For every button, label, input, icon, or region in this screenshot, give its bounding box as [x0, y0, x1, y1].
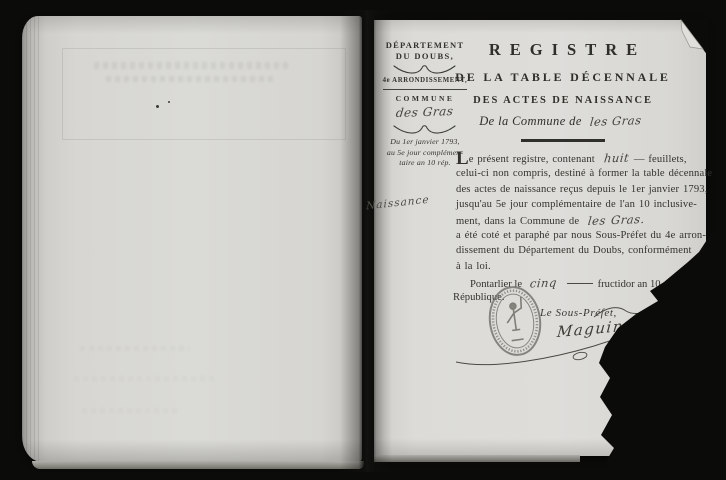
body-line-2: celui-ci non compris, destiné à former l…: [456, 166, 712, 181]
body-line-5: ment, dans la Commune de: [456, 216, 579, 227]
title-actes-naissance: DES ACTES DE NAISSANCE: [432, 95, 694, 106]
right-page-title: DÉPARTEMENT DU DOUBS, 4e ARRONDISSEMENT,…: [374, 20, 706, 456]
body-handwritten-huit: huit: [603, 151, 630, 167]
ink-speck: [156, 105, 159, 108]
body-line-6: a été coté et paraphé par nous Sous-Préf…: [456, 228, 712, 243]
showthrough-text: [82, 408, 178, 413]
showthrough-text: [106, 76, 274, 82]
body-line-1: e présent registre, contenant: [469, 154, 595, 165]
showthrough-text: [94, 62, 290, 69]
title-block: REGISTRE DE LA TABLE DÉCENNALE DES ACTES…: [432, 40, 694, 142]
archive-book-scan: DÉPARTEMENT DU DOUBS, 4e ARRONDISSEMENT,…: [0, 0, 726, 480]
ink-filler-stroke: [567, 283, 593, 284]
book-block-edge: [22, 16, 40, 462]
closing-month-year: fructidor an 10 de la: [598, 279, 684, 290]
body-paragraph: Le présent registre, contenant huit— feu…: [456, 151, 712, 274]
title-commune-printed: De la Commune de: [479, 114, 582, 128]
showthrough-text: [80, 346, 190, 351]
body-line-7: dissement du Département du Doubs, confo…: [456, 243, 712, 258]
title-rule: [521, 139, 605, 142]
body-line-1-suffix: — feuillets,: [634, 154, 687, 165]
body-handwritten-commune: les Gras.: [587, 212, 646, 229]
body-line-3: des actes de naissance reçus depuis le 1…: [456, 182, 712, 197]
title-registre: REGISTRE: [432, 40, 694, 60]
ink-speck: [168, 101, 170, 103]
dog-ear-fold: [666, 18, 708, 70]
signature-flourish-stroke: [454, 336, 634, 370]
showthrough-text: [74, 376, 214, 381]
title-table-decennale: DE LA TABLE DÉCENNALE: [432, 70, 694, 85]
left-page-blank: [22, 16, 362, 462]
body-line-4: jusqu'au 5e jour complémentaire de l'an …: [456, 197, 712, 212]
title-commune-handwritten: les Gras: [589, 113, 642, 129]
body-line-8: à la loi.: [456, 259, 712, 274]
